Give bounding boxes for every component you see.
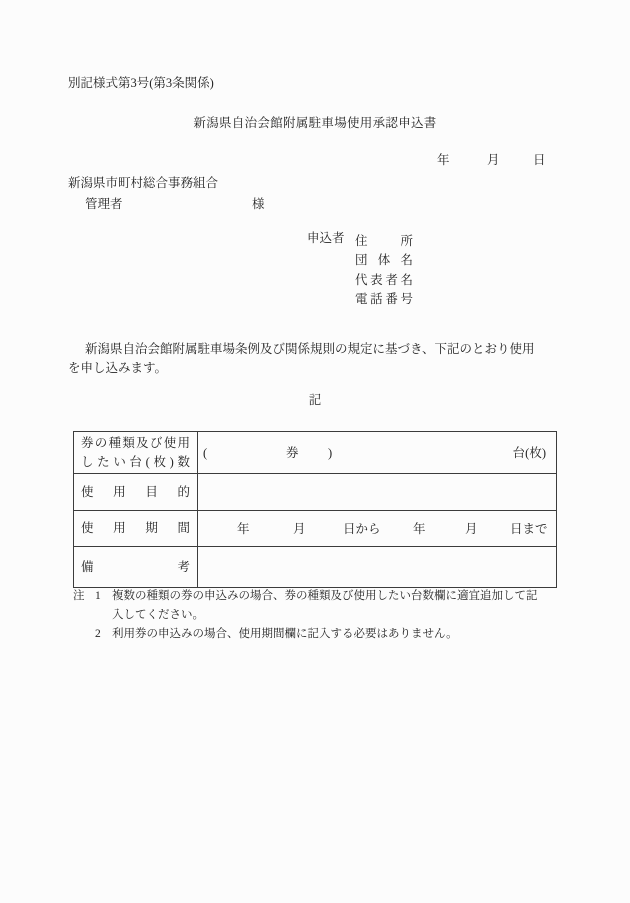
period-header-label: 使用期間 [81,519,190,537]
addressee-role-line: 管理者 様 [0,198,630,213]
addressee-honorific: 様 [252,198,265,211]
period-header-cell: 使用期間 [74,511,198,546]
table-row-purpose: 使用目的 [74,473,556,510]
ticket-type-value-cell: ( 券 ) 台(枚) [198,432,556,473]
purpose-header-cell: 使用目的 [74,474,198,510]
purpose-header-label: 使用目的 [81,483,190,501]
table-row-period: 使用期間 年 月 日から 年 月 日まで [74,510,556,546]
body-text-line2: を申し込みます。 [68,362,167,375]
period-from-year: 年 [237,522,250,535]
note-1-line2: 入してください。 [112,610,204,622]
period-value-cell: 年 月 日から 年 月 日まで [198,511,556,546]
remarks-header-cell: 備考 [74,547,198,587]
date-day-label: 日 [533,154,546,167]
addressee-role: 管理者 [85,198,123,211]
note-2-line1: 利用券の申込みの場合、使用期間欄に記入する必要はありません。 [112,629,458,641]
remarks-value-cell [198,547,556,587]
record-marker: 記 [0,394,630,407]
period-to-month: 月 [465,522,478,535]
note-1-number: 1 [95,591,101,603]
table-row-remarks: 備考 [74,546,556,587]
table-row-ticket-type: 券の種類及び使用 したい台(枚)数 ( 券 ) 台(枚) [74,432,556,473]
applicant-field-group-name: 団体名 [355,251,413,269]
period-from-day: 日から [343,522,381,535]
ticket-kind-label: 券 [286,446,299,459]
ticket-type-header-cell: 券の種類及び使用 したい台(枚)数 [74,432,198,473]
applicant-field-address: 住所 [355,232,413,250]
date-month-label: 月 [487,154,500,167]
notes-block: 注 1 複数の種類の券の申込みの場合、券の種類及び使用したい台数欄に適宜追加して… [0,591,630,646]
ticket-type-header-line2: したい台(枚)数 [81,453,190,471]
body-text-line1: 新潟県自治会館附属駐車場条例及び関係規則の規定に基づき、下記のとおり使用 [85,343,535,356]
date-year-label: 年 [437,154,450,167]
purpose-value-cell [198,474,556,510]
note-1-line1: 複数の種類の券の申込みの場合、券の種類及び使用したい台数欄に適宜追加して記 [112,591,538,603]
notes-label: 注 [73,591,85,603]
period-to-year: 年 [413,522,426,535]
date-line: 年 月 日 [0,154,630,169]
note-2-number: 2 [95,629,101,641]
ticket-type-header-line1: 券の種類及び使用 [81,434,190,452]
applicant-field-phone: 電話番号 [355,290,413,308]
period-from-month: 月 [293,522,306,535]
page-title: 新潟県自治会館附属駐車場使用承認申込書 [0,117,630,130]
application-form-page: 別記様式第3号(第3条関係) 新潟県自治会館附属駐車場使用承認申込書 年 月 日… [0,0,630,903]
ticket-paren-close: ) [328,446,332,459]
form-number: 別記様式第3号(第3条関係) [68,77,214,90]
ticket-unit-label: 台(枚) [513,446,546,459]
ticket-paren-open: ( [203,446,207,459]
application-table: 券の種類及び使用 したい台(枚)数 ( 券 ) 台(枚) 使用目的 使用期間 年 [73,431,557,588]
remarks-header-label: 備考 [81,558,190,576]
applicant-block: 申込者 住所 団体名 代表者名 電話番号 [0,232,630,312]
applicant-field-representative: 代表者名 [355,271,413,289]
addressee-organization: 新潟県市町村総合事務組合 [68,177,218,190]
applicant-label: 申込者 [307,232,345,245]
period-to-day: 日まで [510,522,548,535]
